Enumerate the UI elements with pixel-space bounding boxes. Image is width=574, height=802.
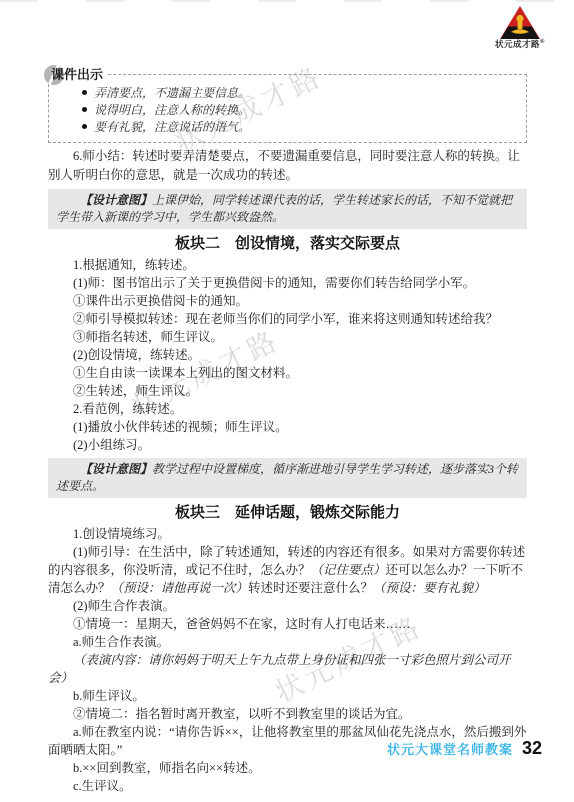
page-number: 32 xyxy=(522,738,542,759)
teaching-step: ②情境二：指名暂时离开教室，以听不到教室里的谈话为宜。 xyxy=(48,705,527,723)
preset-note: （预设：要有礼貌） xyxy=(373,581,486,595)
teaching-step: (2)小组练习。 xyxy=(48,436,527,454)
courseware-item-text: 说得明白，注意人称的转换。 xyxy=(94,103,250,117)
brand-logo-icon xyxy=(490,6,550,39)
courseware-item: 说得明白，注意人称的转换。 xyxy=(82,102,516,119)
bullet-icon xyxy=(82,124,87,129)
page-content: 课件出示 弄清要点，不遗漏主要信息。 说得明白，注意人称的转换。 要有礼貌，注意… xyxy=(48,74,527,795)
courseware-panel: 课件出示 弄清要点，不遗漏主要信息。 说得明白，注意人称的转换。 要有礼貌，注意… xyxy=(48,74,527,143)
teaching-step: ①情境一：星期天，爸爸妈妈不在家，这时有人打电话来…… xyxy=(48,615,527,633)
preset-note: （预设：请他再说一次） xyxy=(111,581,249,595)
bullet-icon xyxy=(82,107,87,112)
courseware-item: 要有礼貌，注意说话的语气。 xyxy=(82,119,516,136)
design-intent-label: 【设计意图】 xyxy=(80,193,152,207)
teaching-step: ①课件出示更换借阅卡的通知。 xyxy=(48,292,527,310)
courseware-item: 弄清要点，不遗漏主要信息。 xyxy=(82,85,516,102)
bullet-icon xyxy=(82,90,87,95)
teaching-step: 2.看范例，练转述。 xyxy=(48,400,527,418)
courseware-item-text: 弄清要点，不遗漏主要信息。 xyxy=(94,86,250,100)
courseware-list: 弄清要点，不遗漏主要信息。 说得明白，注意人称的转换。 要有礼貌，注意说话的语气… xyxy=(82,85,516,136)
performance-note: （表演内容：请你妈妈于明天上午九点带上身份证和四张一寸彩色照片到公司开会） xyxy=(48,651,527,687)
teaching-step: (2)创设情境，练转述。 xyxy=(48,346,527,364)
teaching-step: b.师生评议。 xyxy=(48,687,527,705)
teaching-step: (2)师生合作表演。 xyxy=(48,597,527,615)
courseware-label: 课件出示 xyxy=(51,65,108,85)
design-intent-note: 【设计意图】上课伊始，同学转述课代表的话，学生转述家长的话，不知不觉就把学生带入… xyxy=(48,189,527,229)
teaching-step: 1.创设情境练习。 xyxy=(48,525,527,543)
registered-mark: ® xyxy=(540,39,545,45)
teaching-step: ③师指名转述，师生评议。 xyxy=(48,328,527,346)
preset-note: （记住要点） xyxy=(311,563,386,577)
section-heading-3: 板块三 延伸话题，锻炼交际能力 xyxy=(48,503,527,522)
teaching-step: (1)播放小伙伴转述的视频；师生评议。 xyxy=(48,418,527,436)
brand-logo-text: 状元成才路® xyxy=(490,39,550,48)
teaching-step: (1)师：图书馆出示了关于更换借阅卡的通知，需要你们转告给同学小军。 xyxy=(48,274,527,292)
courseware-item-text: 要有礼貌，注意说话的语气。 xyxy=(94,120,250,134)
step-text: 转述时还要注意什么？ xyxy=(248,581,373,595)
teaching-step: ①生自由读一读课本上列出的图文材料。 xyxy=(48,364,527,382)
page: 状元成才路® 状元成才路 状元成才路 状元成才路 课件出示 弄清要点，不遗漏主要… xyxy=(0,0,574,802)
page-footer: 状元大课堂名师教案 32 xyxy=(387,738,542,759)
teaching-step: 1.根据通知，练转述。 xyxy=(48,256,527,274)
teaching-step: c.生评议。 xyxy=(48,777,527,795)
design-intent-label: 【设计意图】 xyxy=(80,462,152,476)
brand-logo: 状元成才路® xyxy=(490,6,550,48)
page-top-marks xyxy=(0,0,574,2)
teaching-step: (1)师引导：在生活中，除了转述通知，转述的内容还有很多。如果对方需要你转述的内… xyxy=(48,543,527,597)
teaching-step: b.××回到教室，师指名向××转述。 xyxy=(48,759,527,777)
teaching-step: ②师引导模拟转述：现在老师当你们的同学小军，谁来将这则通知转述给我？ xyxy=(48,310,527,328)
design-intent-note: 【设计意图】教学过程中设置梯度，循序渐进地引导学生学习转述，逐步落实3个转述要点… xyxy=(48,458,527,498)
section-heading-2: 板块二 创设情境，落实交际要点 xyxy=(48,234,527,253)
footer-brand: 状元大课堂名师教案 xyxy=(387,739,513,758)
teaching-step: ②生转述，师生评议。 xyxy=(48,382,527,400)
teacher-summary: 6.师小结：转述时要弄清楚要点，不要遗漏重要信息，同时要注意人称的转换。让别人听… xyxy=(48,147,527,185)
courseware-label-text: 课件出示 xyxy=(51,67,103,82)
teaching-step: a.师生合作表演。 xyxy=(48,633,527,651)
